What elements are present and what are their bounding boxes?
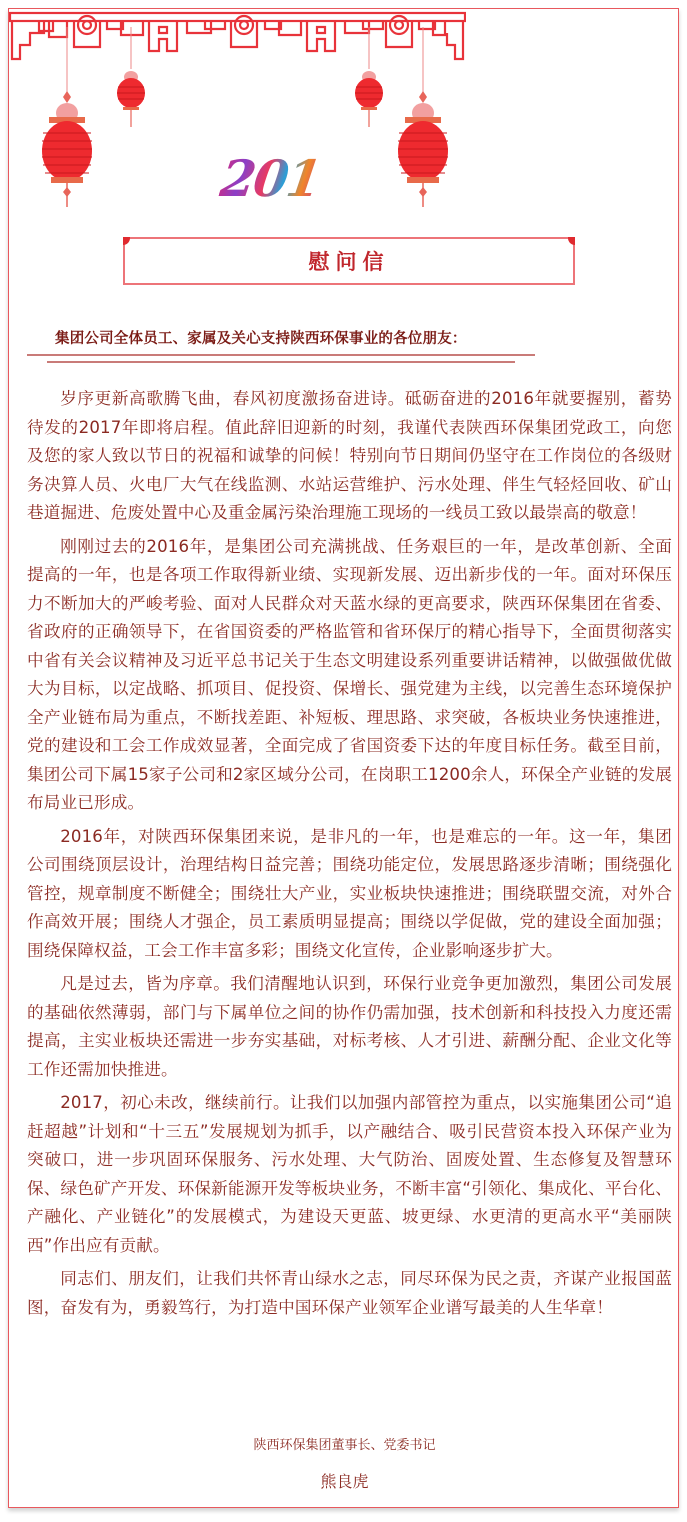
- salutation: 集团公司全体员工、家属及关心支持陕西环保事业的各位朋友：: [55, 327, 467, 348]
- signature-title: 陕西环保集团董事长、党委书记: [9, 1434, 680, 1453]
- lantern-icon: [393, 27, 453, 207]
- corner-ornament-icon: [123, 237, 130, 245]
- lantern-icon: [347, 27, 391, 137]
- year-graphic: 2017: [217, 149, 325, 209]
- paragraph: 刚刚过去的2016年，是集团公司充满挑战、任务艰巨的一年，是改革创新、全面提高的…: [27, 533, 672, 818]
- paragraph: 凡是过去，皆为序章。我们清醒地认识到，环保行业竞争更加激烈，集团公司发展的基础依…: [27, 970, 672, 1084]
- divider: [47, 361, 515, 363]
- divider: [27, 354, 535, 356]
- paragraph: 2016年，对陕西环保集团来说，是非凡的一年，也是难忘的一年。这一年，集团公司围…: [27, 823, 672, 966]
- page-title: 慰问信: [309, 246, 390, 276]
- lantern-icon: [37, 27, 97, 207]
- paragraph: 2017，初心未改，继续前行。让我们以加强内部管控为重点，以实施集团公司“追赶超…: [27, 1089, 672, 1260]
- title-box: 慰问信: [123, 237, 575, 285]
- paragraph: 岁序更新高歌腾飞曲，春风初度激扬奋进诗。砥砺奋进的2016年就要握别，蓄势待发的…: [27, 385, 672, 528]
- signature-name: 熊良虎: [9, 1469, 680, 1492]
- paragraph: 同志们、朋友们，让我们共怀青山绿水之志，同尽环保为民之责，齐谋产业报国蓝图，奋发…: [27, 1265, 672, 1322]
- festive-banner: 2017: [9, 9, 469, 209]
- letter-body: 岁序更新高歌腾飞曲，春风初度激扬奋进诗。砥砺奋进的2016年就要握别，蓄势待发的…: [27, 385, 672, 1327]
- letter-card: 2017 慰问信 集团公司全体员工、家属及关心支持陕西环保事业的各位朋友： 岁序…: [8, 8, 679, 1508]
- lantern-icon: [109, 27, 153, 137]
- corner-ornament-icon: [568, 237, 575, 245]
